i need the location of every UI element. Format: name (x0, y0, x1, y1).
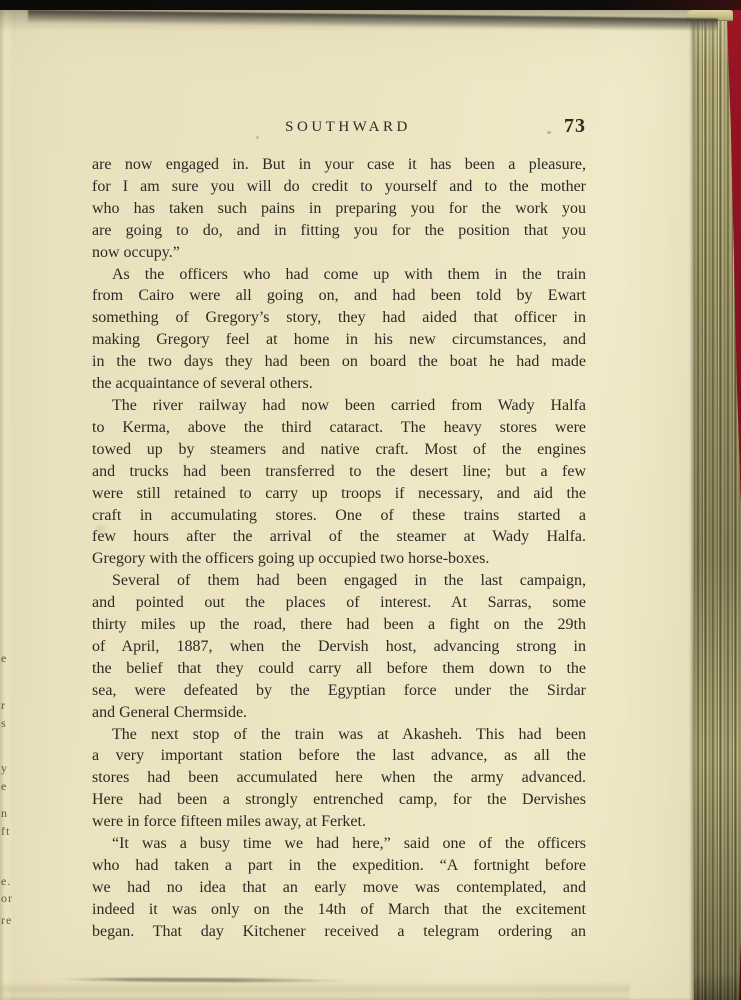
text-line: in the two days they had been on board t… (92, 351, 586, 373)
facing-page-text-fragment: n (1, 807, 8, 819)
facing-page-text-fragment: e (1, 652, 7, 664)
paper-speck (547, 131, 551, 134)
text-line: for I am sure you will do credit to your… (92, 176, 586, 198)
text-line: indeed it was only on the 14th of March … (92, 899, 586, 921)
text-line: stores had been accumulated here when th… (92, 767, 586, 789)
page-header: SOUTHWARD 73 (92, 119, 586, 145)
text-line: we had no idea that an early move was co… (92, 877, 586, 899)
text-line: and General Chermside. (92, 702, 586, 724)
paragraph: “It was a busy time we had here,” said o… (92, 833, 586, 943)
text-line: few hours after the arrival of the steam… (92, 526, 586, 548)
text-line: “It was a busy time we had here,” said o… (92, 833, 586, 855)
text-line: The next stop of the train was at Akashe… (92, 724, 586, 746)
text-line: the belief that they could carry all bef… (92, 658, 586, 680)
running-head: SOUTHWARD (92, 119, 586, 136)
text-line: are going to do, and in fitting you for … (92, 220, 586, 242)
text-line: of April, 1887, when the Dervish host, a… (92, 636, 586, 658)
facing-page-text-fragment: y (1, 762, 8, 774)
text-line: are now engaged in. But in your case it … (92, 154, 586, 176)
text-line: were still retained to carry up troops i… (92, 483, 586, 505)
text-line: Several of them had been engaged in the … (92, 570, 586, 592)
paper-speck (256, 136, 259, 139)
text-line: As the officers who had come up with the… (92, 264, 586, 286)
text-line: The river railway had now been carried f… (92, 395, 586, 417)
page-number: 73 (564, 115, 586, 138)
paragraph: The river railway had now been carried f… (92, 395, 586, 570)
facing-page-text-fragment: or (1, 892, 13, 904)
paragraph: As the officers who had come up with the… (92, 264, 586, 395)
paragraph: The next stop of the train was at Akashe… (92, 724, 586, 834)
gutter-shading: e r s y e n ft e. or re (0, 9, 14, 1000)
paragraph: are now engaged in. But in your case it … (92, 154, 586, 264)
text-line: began. That day Kitchener received a tel… (92, 921, 586, 943)
text-line: sea, were defeated by the Egyptian force… (92, 680, 586, 702)
text-line: thirty miles up the road, there had been… (92, 614, 586, 636)
text-line: the acquaintance of several others. (92, 373, 586, 395)
text-line: something of Gregory’s story, they had a… (92, 307, 586, 329)
facing-page-text-fragment: s (1, 717, 7, 729)
text-line: Gregory with the officers going up occup… (92, 548, 586, 570)
text-line: and pointed out the places of interest. … (92, 592, 586, 614)
text-line: making Gregory feel at home in his new c… (92, 329, 586, 351)
facing-page-text-fragment: ft (1, 825, 10, 837)
text-line: towed up by steamers and native craft. M… (92, 439, 586, 461)
bottom-page-curl-band (0, 982, 630, 1000)
page-body-text: are now engaged in. But in your case it … (92, 154, 586, 943)
text-line: who had taken a part in the expedition. … (92, 855, 586, 877)
text-line: from Cairo were all going on, and had be… (92, 285, 586, 307)
text-line: who has taken such pains in preparing yo… (92, 198, 586, 220)
facing-page-text-fragment: e. (1, 875, 11, 887)
text-line: were in force fifteen miles away, at Fer… (92, 811, 586, 833)
facing-page-text-fragment: e (1, 780, 7, 792)
text-line: to Kerma, above the third cataract. The … (92, 417, 586, 439)
text-line: now occupy.” (92, 242, 586, 264)
paragraph: Several of them had been engaged in the … (92, 570, 586, 723)
facing-page-text-fragment: re (1, 914, 12, 926)
top-black-bar (0, 0, 741, 10)
text-line: and trucks had been transferred to the d… (92, 461, 586, 483)
book-page: e r s y e n ft e. or re SOUTHWARD 73 are… (0, 9, 694, 1000)
text-line: Here had been a strongly entrenched camp… (92, 789, 586, 811)
text-line: craft in accumulating stores. One of the… (92, 505, 586, 527)
facing-page-text-fragment: r (1, 699, 6, 711)
scanned-book-photo: e r s y e n ft e. or re SOUTHWARD 73 are… (0, 0, 741, 1000)
text-line: a very important station before the last… (92, 745, 586, 767)
paper-speck (96, 525, 105, 532)
